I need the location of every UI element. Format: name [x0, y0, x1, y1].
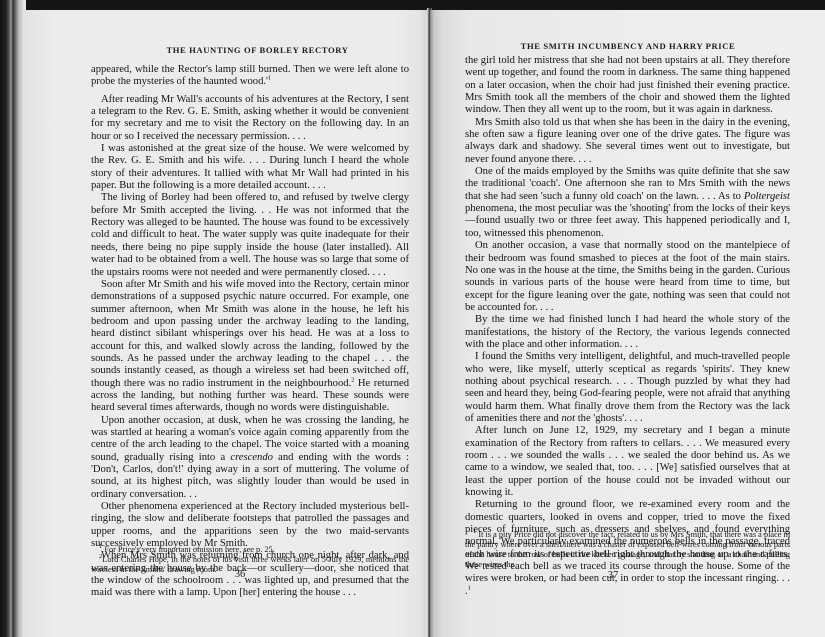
paragraph: One of the maids employed by the Smiths …	[465, 166, 790, 240]
book-page-edges	[0, 0, 26, 637]
paragraph: appeared, while the Rector's lamp still …	[91, 64, 409, 89]
paragraph: After reading Mr Wall's accounts of his …	[91, 94, 409, 143]
left-page-number: 36	[225, 569, 255, 580]
footnote: 1 For Price's very important omission he…	[91, 545, 409, 555]
paragraph: I found the Smiths very intelligent, del…	[465, 351, 790, 425]
right-body-text: the girl told her mistress that she had …	[465, 55, 790, 598]
paragraph: Upon another occasion, at dusk, when he …	[91, 415, 409, 501]
left-running-head: THE HAUNTING OF BORLEY RECTORY	[100, 45, 415, 55]
right-footnotes: 1 It is a pity Price did not discover th…	[465, 530, 790, 570]
paragraph: Soon after Mr Smith and his wife moved i…	[91, 279, 409, 415]
right-page-number: 37	[598, 570, 628, 581]
open-book-spread: THE HAUNTING OF BORLEY RECTORY appeared,…	[0, 0, 825, 637]
scan-top-shadow	[0, 0, 825, 10]
left-body-text: appeared, while the Rector's lamp still …	[91, 64, 409, 600]
paragraph: I was astonished at the great size of th…	[91, 143, 409, 192]
paragraph: By the time we had finished lunch I had …	[465, 314, 790, 351]
right-running-head: THE SMITH INCUMBENCY AND HARRY PRICE	[470, 41, 786, 51]
paragraph: Mrs Smith also told us that when she has…	[465, 117, 790, 166]
paragraph: the girl told her mistress that she had …	[465, 55, 790, 117]
footnote: 1 It is a pity Price did not discover th…	[465, 530, 790, 570]
paragraph: On another occasion, a vase that normall…	[465, 240, 790, 314]
paragraph: Other phenomena experienced at the Recto…	[91, 501, 409, 550]
paragraph: The living of Borley had been offered to…	[91, 192, 409, 278]
paragraph: After lunch on June 12, 1929, my secreta…	[465, 425, 790, 499]
